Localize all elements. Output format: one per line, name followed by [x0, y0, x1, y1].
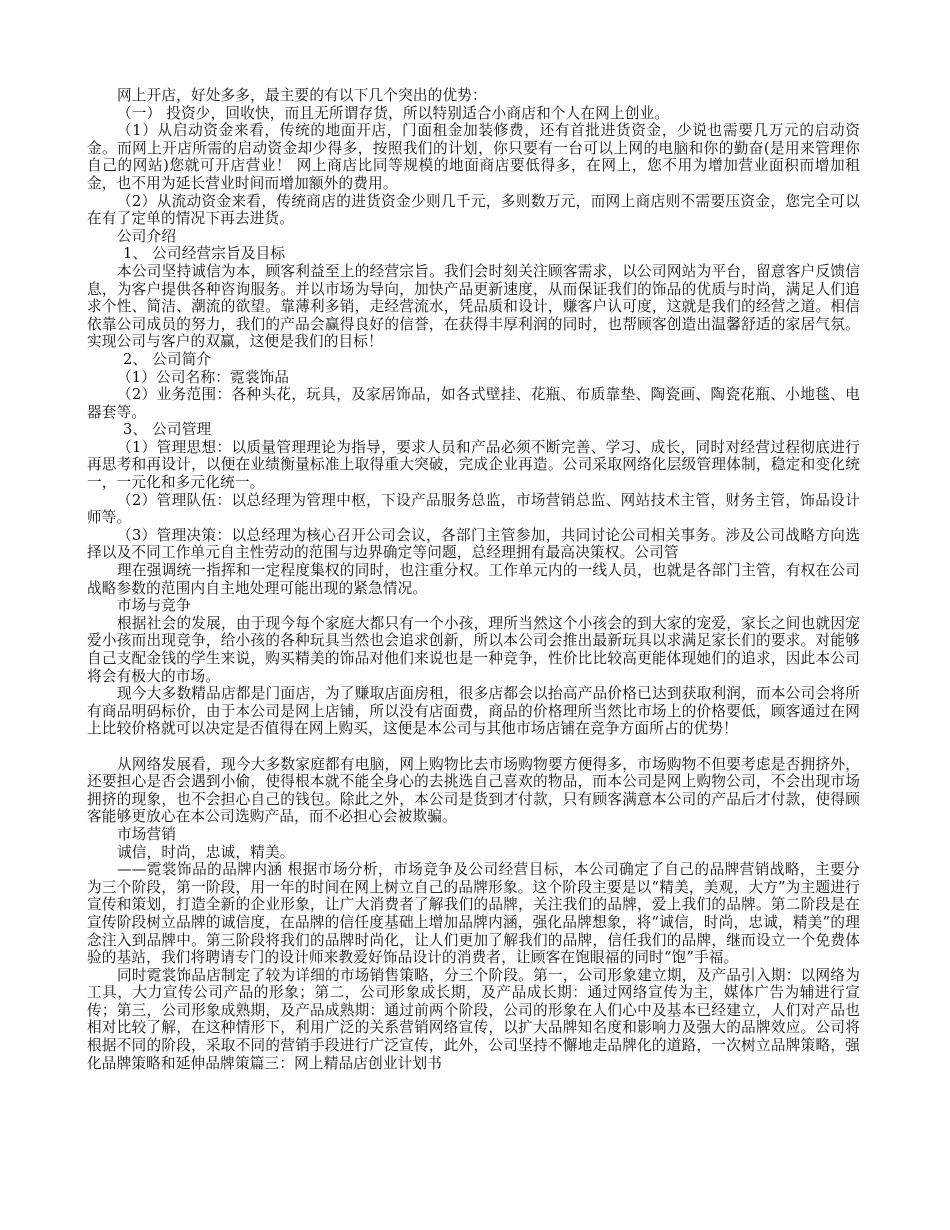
brand-values-paragraph: 诚信，时尚，忠诚，精美。	[87, 844, 860, 862]
management-philosophy-paragraph: （1）管理思想：以质量管理理论为指导，要求人员和产品必须不断完善、学习、成长，同…	[87, 439, 860, 492]
management-delegation-paragraph: 理在强调统一指挥和一定程度集权的同时，也注重分权。工作单元内的一线人员，也就是各…	[87, 562, 860, 597]
subheading-company-management: 3、 公司管理	[87, 421, 860, 439]
subheading-company-profile: 2、 公司简介	[87, 351, 860, 369]
startup-capital-paragraph: （1）从启动资金来看，传统的地面开店，门面租金加装修费，还有首批进货资金，少说也…	[87, 122, 860, 192]
business-purpose-paragraph: 本公司坚持诚信为本，顾客利益至上的经营宗旨。我们会时刻关注顾客需求，以公司网站为…	[87, 263, 860, 351]
subheading-business-purpose: 1、 公司经营宗旨及目标	[87, 245, 860, 263]
market-social-paragraph: 根据社会的发展，由于现今每个家庭大都只有一个小孩，理所当然这个小孩会的到大家的宠…	[87, 615, 860, 685]
advantage-one-paragraph: （一） 投资少，回收快，而且无所谓存货，所以特别适合小商店和个人在网上创业。	[87, 105, 860, 123]
intro-paragraph: 网上开店，好处多多，最主要的有以下几个突出的优势：	[87, 87, 860, 105]
sales-strategy-paragraph: 同时霓裳饰品店制定了较为详细的市场销售策略，分三个阶段。第一，公司形象建立期，及…	[87, 967, 860, 1073]
section-heading-market-competition: 市场与竞争	[87, 597, 860, 615]
document-page: 网上开店，好处多多，最主要的有以下几个突出的优势： （一） 投资少，回收快，而且…	[87, 87, 860, 1072]
section-heading-marketing: 市场营销	[87, 826, 860, 844]
brand-strategy-paragraph: ——霓裳饰品的品牌内涵 根据市场分析，市场竞争及公司经营目标，本公司确定了自己的…	[87, 861, 860, 967]
management-decision-paragraph: （3）管理决策：以总经理为核心召开公司会议，各部门主管参加，共同讨论公司相关事务…	[87, 527, 860, 562]
business-scope-paragraph: （2）业务范围：各种头花，玩具，及家居饰品，如各式壁挂、花瓶、布质靠垫、陶瓷画、…	[87, 386, 860, 421]
market-network-paragraph: 从网络发展看，现今大多数家庭都有电脑，网上购物比去市场购物要方便得多，市场购物不…	[87, 756, 860, 826]
blank-line	[87, 738, 860, 756]
working-capital-paragraph: （2）从流动资金来看，传统商店的进货资金少则几千元，多则数万元，而网上商店则不需…	[87, 193, 860, 228]
market-pricing-paragraph: 现今大多数精品店都是门面店，为了赚取店面房租，很多店都会以抬高产品价格已达到获取…	[87, 685, 860, 738]
management-team-paragraph: （2）管理队伍：以总经理为管理中枢，下设产品服务总监，市场营销总监、网站技术主管…	[87, 492, 860, 527]
company-name-paragraph: （1）公司名称：霓裳饰品	[87, 369, 860, 387]
section-heading-company-intro: 公司介绍	[87, 228, 860, 246]
